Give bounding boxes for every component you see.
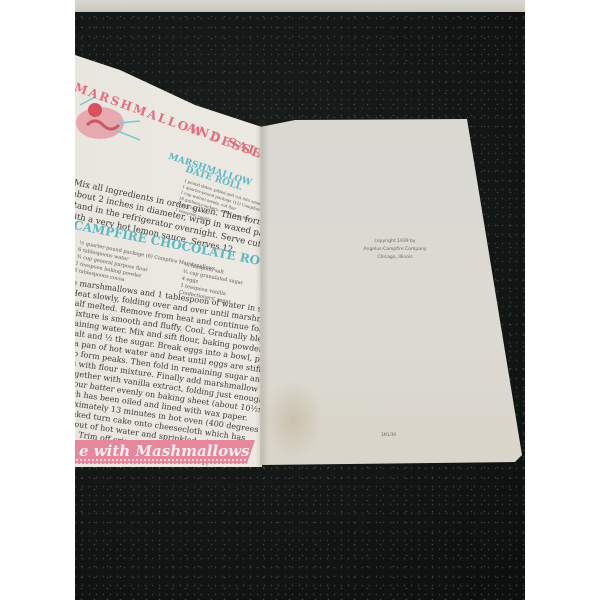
copyright-line: Chicago, Illinois (340, 254, 450, 262)
banner-text: e with Mashmallows (79, 442, 249, 460)
top-edge-strip (75, 0, 525, 12)
copyright-notice: copyright 1939 byAngelus-Campfire Compan… (340, 238, 450, 262)
page-stain (263, 380, 323, 460)
copyright-line: copyright 1939 by (340, 238, 450, 246)
photo: MARSHMALLOW DESSERTS AND SALADS MARSHMAL… (75, 0, 525, 600)
copyright-line: Angelus-Campfire Company (340, 246, 450, 254)
spine (255, 120, 269, 467)
print-code: 1M1/39 (381, 432, 396, 437)
